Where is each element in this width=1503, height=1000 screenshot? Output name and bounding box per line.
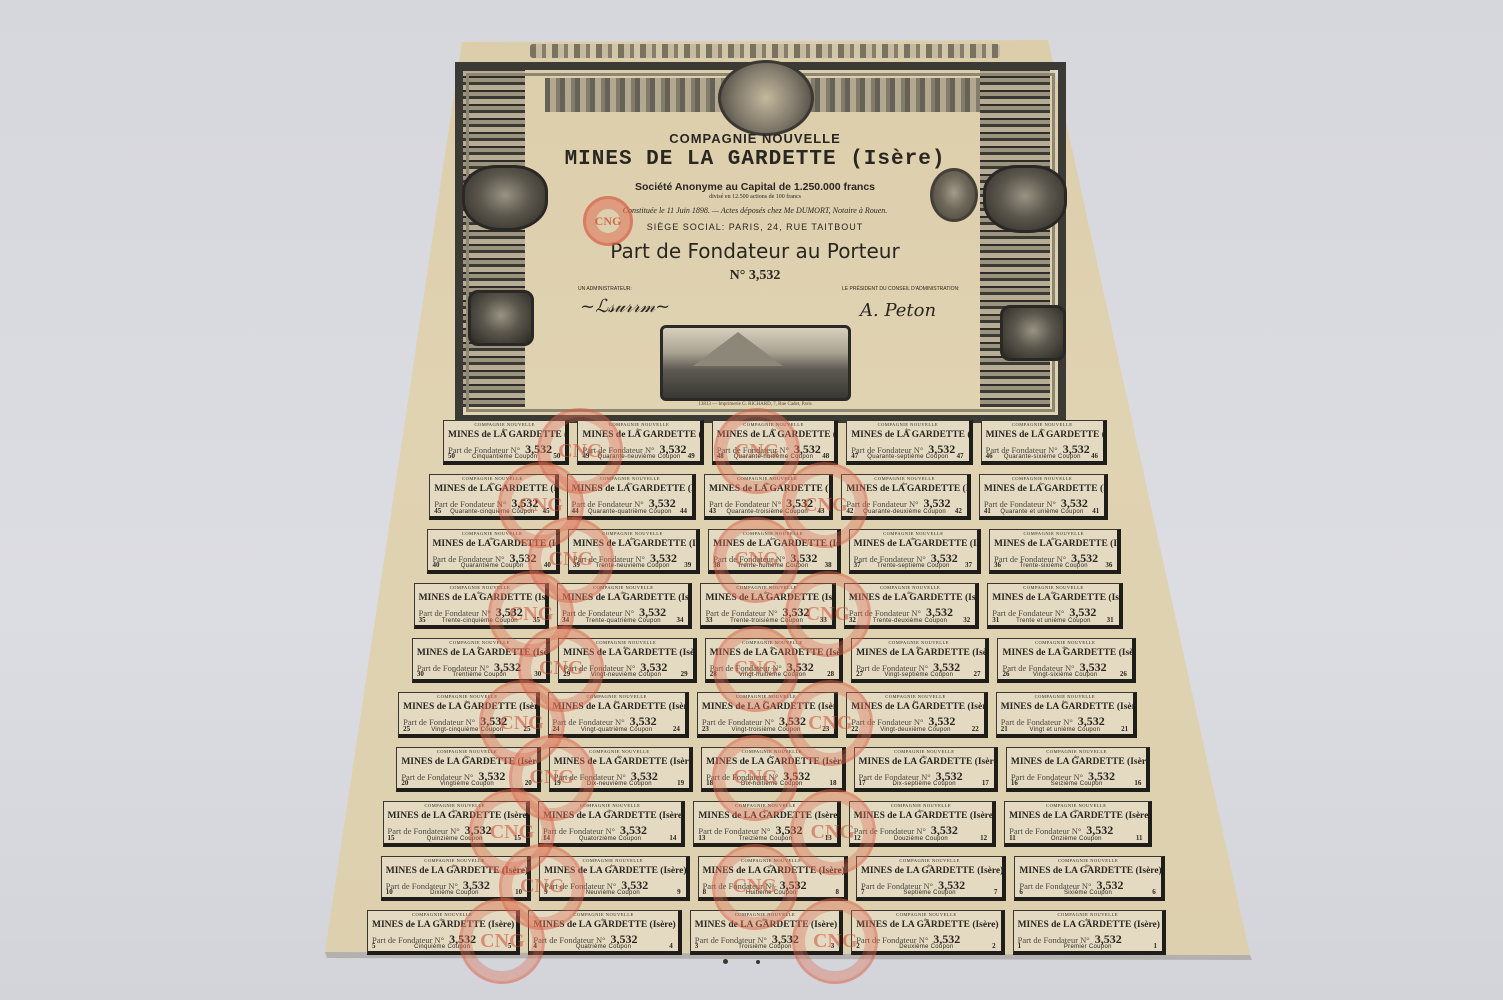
left-signatory-label: UN ADMINISTRATEUR: [578,286,632,292]
red-company-stamp: CNG [713,626,799,712]
allegory-medallion-icon [718,60,814,136]
coupon-title: MINES de LA GARDETTE (Isère) [851,702,987,712]
coupon-index-right: 27 [973,670,980,678]
coupon-index-right: 47 [957,452,964,460]
red-company-stamp: CNG [712,735,798,821]
coupon-name: Trente-septième Coupon [850,563,977,569]
coupon-index-right: 26 [1120,670,1127,678]
red-company-stamp: CNG [792,898,878,984]
coupon: COMPAGNIE NOUVELLEdesMINES de LA GARDETT… [856,856,1006,901]
left-signature: ~ℒ𝓈𝓊𝓇𝓇𝓂~ [580,296,670,317]
coupon-name: Quarante et unième Coupon [980,509,1104,515]
coupon-index-right: 49 [688,452,695,460]
right-floral-panel-icon [1000,305,1066,361]
coupon-index-right: 41 [1092,507,1099,515]
coupon-title: MINES de LA GARDETTE (Isère) [861,866,1003,876]
coupon-index-right: 29 [681,670,688,678]
coupon-index-right: 11 [1136,834,1143,842]
coupon-name: Trente et unième Coupon [988,618,1118,624]
coupon-index-right: 46 [1091,452,1098,460]
red-company-stamp: CNG [459,898,545,984]
coupon-title: MINES de LA GARDETTE (Isère) [854,539,981,549]
coupon-index-right: 9 [677,888,681,896]
coupon-index-right: 19 [677,779,684,787]
coupon-index-right: 21 [1121,725,1128,733]
coupon: COMPAGNIE NOUVELLEdesMINES de LA GARDETT… [849,529,981,574]
coupon-name: Quarante-sixième Coupon [982,454,1103,460]
coupon: COMPAGNIE NOUVELLEdesMINES de LA GARDETT… [846,420,972,465]
coupon-index-right: 22 [972,725,979,733]
right-signatory-label: LE PRÉSIDENT DU CONSEIL D'ADMINISTRATION… [842,286,960,292]
coupon-index-right: 8 [835,888,839,896]
coupon-title: MINES de LA GARDETTE (Isère) [856,920,998,930]
left-floral-panel-icon [468,290,534,346]
coupon-name: Premier Coupon [1014,944,1162,950]
coupon-title: MINES de LA GARDETTE (Isère) [856,648,989,658]
coupon-name: Dix-septième Coupon [855,781,994,787]
coupon-index-right: 17 [982,779,989,787]
coupon-name: Quatrième Coupon [529,944,677,950]
coupon-name: Trente-sixième Coupon [990,563,1117,569]
coupon-index-right: 1 [1153,942,1157,950]
red-company-stamp: CNG [712,844,798,930]
coupon-index-right: 39 [684,561,691,569]
coupon-name: Sixième Coupon [1015,890,1160,896]
coupon-index-right: 6 [1152,888,1156,896]
coupon-index-right: 18 [830,779,837,787]
top-ornamental-band [530,44,1000,58]
coupon-index-right: 32 [963,616,970,624]
coupon-name: Quatorzième Coupon [539,836,681,842]
coupon-index-right: 28 [827,670,834,678]
coupon-index-right: 7 [994,888,998,896]
red-company-stamp: CNG [790,789,876,875]
coupon-name: Quarante-septième Coupon [847,454,968,460]
coupon-name: Trente-quatrième Coupon [558,618,688,624]
coupon-title: MINES de LA GARDETTE (Isère) [1001,702,1137,712]
coupon-title: MINES de LA GARDETTE (Isère) [984,484,1108,494]
coupon-index-right: 12 [980,834,987,842]
coupon-title: MINES de LA GARDETTE (Isère) [1002,648,1135,658]
coupon-title: MINES de LA GARDETTE (Isère) [854,811,996,821]
coupon-title: MINES de LA GARDETTE (Isère) [859,757,998,767]
coupon-name: Septième Coupon [857,890,1002,896]
coupon: COMPAGNIE NOUVELLEdesMINES de LA GARDETT… [996,692,1137,737]
coupon-title: MINES de LA GARDETTE (Isère) [851,430,972,440]
coupon-index-right: 14 [669,834,676,842]
coupon: COMPAGNIE NOUVELLEdesMINES de LA GARDETT… [1006,747,1150,792]
red-company-stamp: CNG [787,680,873,766]
coupon: COMPAGNIE NOUVELLEdesMINES de LA GARDETT… [987,583,1122,628]
coupon-index-right: 48 [822,452,829,460]
coupon-name: Onzième Coupon [1005,836,1147,842]
company-line: COMPAGNIE NOUVELLE [530,131,980,146]
coupon-title: MINES de LA GARDETTE (Isère) [986,430,1107,440]
coupon-title: MINES de LA GARDETTE (Isère) [1019,866,1161,876]
valley-landscape-icon [660,325,851,401]
coupon-index-right: 24 [673,725,680,733]
coupon-name: Vingt et unième Coupon [997,727,1133,733]
red-company-stamp: CNG [785,571,871,657]
coupon-name: Vingt-quatrième Coupon [549,727,685,733]
company-stamp: CNG [583,196,633,246]
coupon-index-right: 2 [992,942,996,950]
coupon-index-right: 4 [669,942,673,950]
coupon-title: MINES de LA GARDETTE (Isère) [1009,811,1151,821]
capital-line: Société Anonyme au Capital de 1.250.000 … [530,181,980,193]
coupon-index-right: 36 [1105,561,1112,569]
coupon-title: MINES de LA GARDETTE (Isère) [1011,757,1150,767]
right-miners-vignette-icon [983,165,1067,233]
coupon-name: Seizième Coupon [1007,781,1146,787]
coupon-title: MINES de LA GARDETTE (Isère) [992,593,1122,603]
company-title: MINES DE LA GARDETTE (Isère) [530,148,980,171]
coupon-title: MINES de LA GARDETTE (Isère) [994,539,1121,549]
coupon-index-right: 44 [680,507,687,515]
coupon-index-right: 42 [955,507,962,515]
coupon: COMPAGNIE NOUVELLEdesMINES de LA GARDETT… [981,420,1107,465]
coupon: COMPAGNIE NOUVELLEdesMINES de LA GARDETT… [989,529,1121,574]
coupon-title: MINES de LA GARDETTE (Isère) [1018,920,1160,930]
red-company-stamp: CNG [714,408,800,494]
coupon: COMPAGNIE NOUVELLEdesMINES de LA GARDETT… [854,747,998,792]
coupon: COMPAGNIE NOUVELLEdesMINES de LA GARDETT… [1013,910,1166,955]
printer-line: 13813 — Imprimerie G. RICHARD, 7, Rue Ca… [655,402,855,407]
coupon-index-right: 34 [676,616,683,624]
coupon-index-right: 37 [965,561,972,569]
certificate-number: N° 3,532 [530,268,980,284]
coupon-name: Vingt-septième Coupon [852,672,985,678]
right-signature: A. Peton [860,300,936,321]
coupon-index-right: 31 [1107,616,1114,624]
coupon: COMPAGNIE NOUVELLEdesMINES de LA GARDETT… [1004,801,1151,846]
punch-hole-icon [723,959,728,964]
coupon-name: Quarante-quatrième Coupon [568,509,692,515]
coupon: COMPAGNIE NOUVELLEdesMINES de LA GARDETT… [1014,856,1164,901]
coupon: COMPAGNIE NOUVELLEdesMINES de LA GARDETT… [851,638,989,683]
punch-hole-icon [756,960,760,964]
coupon: COMPAGNIE NOUVELLEdesMINES de LA GARDETT… [997,638,1135,683]
coupon-index-right: 16 [1134,779,1141,787]
red-company-stamp: CNG [713,517,799,603]
coupon-name: Vingt-sixième Coupon [998,672,1131,678]
coupon-index-right: 38 [825,561,832,569]
coupon: COMPAGNIE NOUVELLEdesMINES de LA GARDETT… [979,474,1108,519]
